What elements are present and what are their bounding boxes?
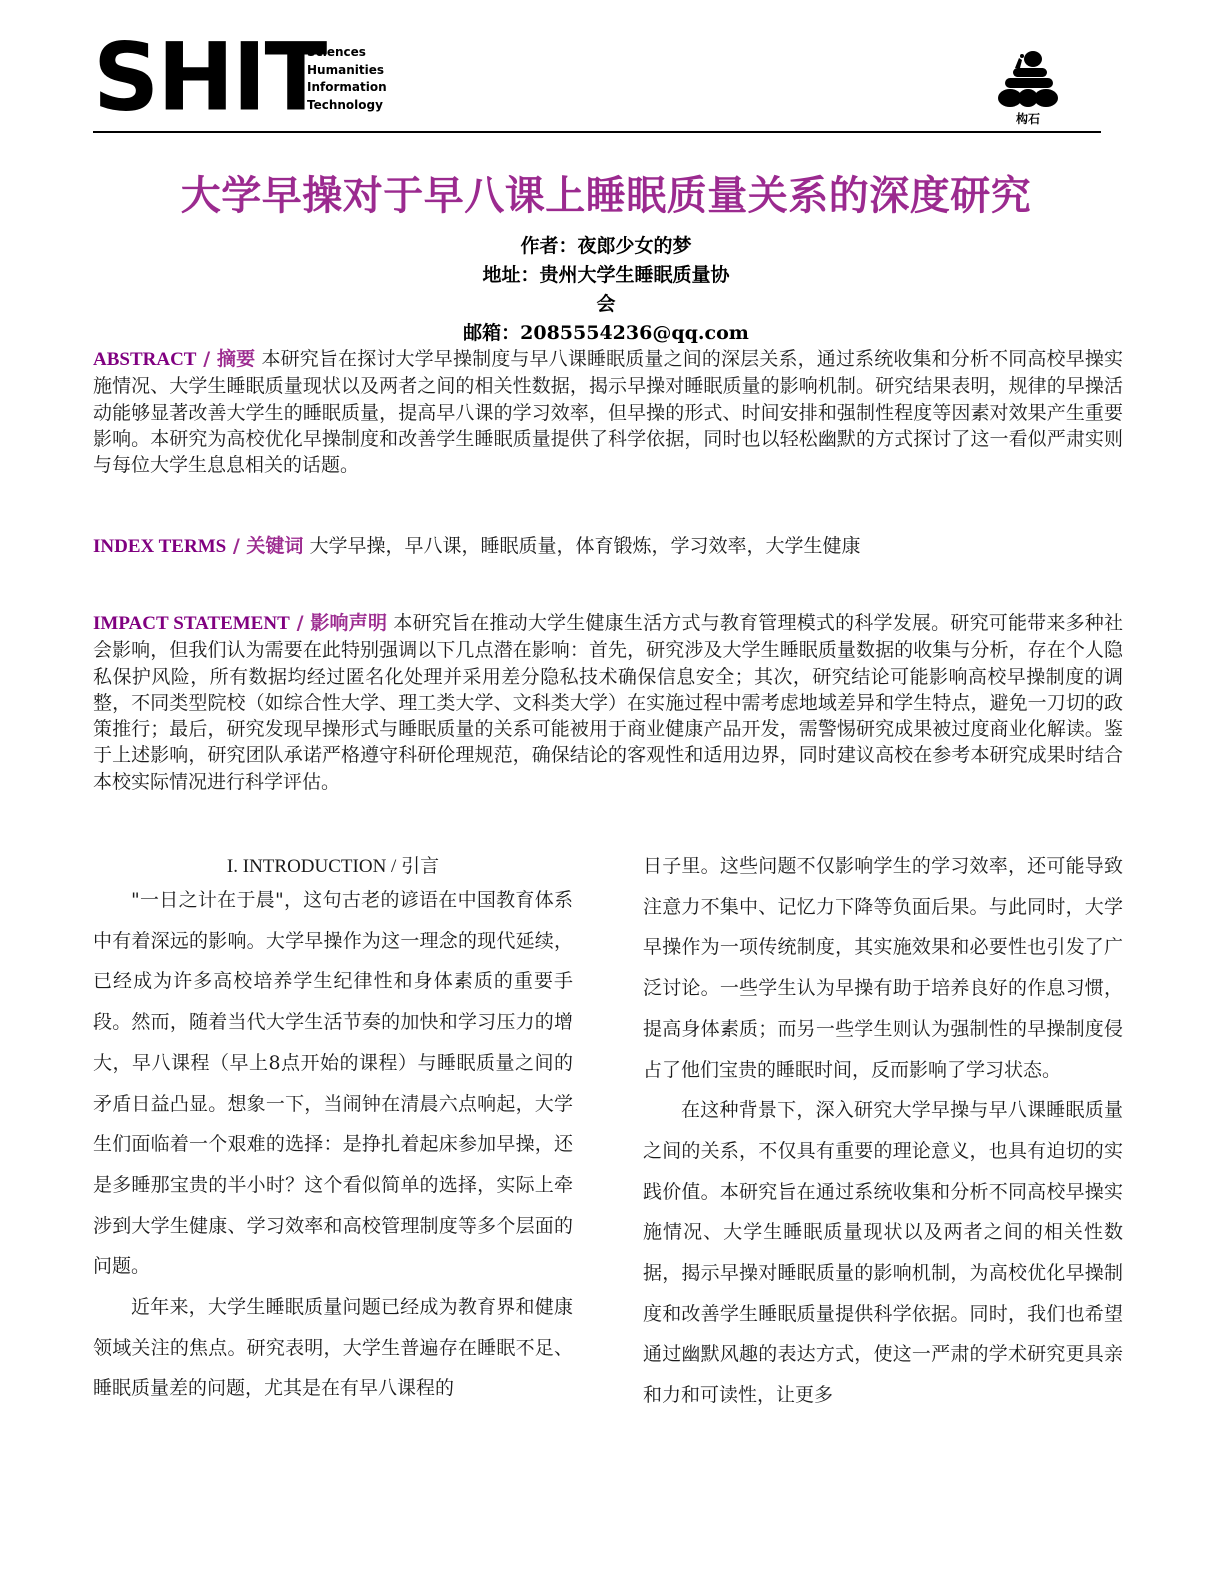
paper-title: 大学早操对于早八课上睡眠质量关系的深度研究 (0, 170, 1212, 222)
author-line: 作者：夜郎少女的梦 (0, 232, 1212, 260)
abstract-label: ABSTRACT (93, 349, 196, 370)
journal-logo-words: Sciences Humanities Information Technolo… (307, 44, 387, 114)
journal-logo: SHIT (93, 37, 325, 119)
logo-word: Humanities (307, 62, 387, 80)
impact-label-cn: / 影响声明 (290, 612, 387, 634)
abstract-section: ABSTRACT / 摘要 本研究旨在探讨大学早操制度与早八课睡眠质量之间的深层… (93, 346, 1123, 478)
stone-pile-icon (993, 46, 1063, 110)
address-line: 地址：贵州大学生睡眠质量协 (0, 261, 1212, 289)
logo-word: Technology (307, 97, 387, 115)
index-terms-section: INDEX TERMS / 关键词 大学早操，早八课，睡眠质量，体育锻炼，学习效… (93, 533, 1123, 560)
left-column: I. INTRODUCTION / 引言 "一日之计在于晨"，这句古老的谚语在中… (93, 852, 573, 1409)
emblem-label: 构石 (993, 110, 1063, 127)
body-paragraph: "一日之计在于晨"，这句古老的谚语在中国教育体系中有着深远的影响。大学早操作为这… (93, 880, 573, 1287)
right-column: 日子里。这些问题不仅影响学生的学习效率，还可能导致注意力不集中、记忆力下降等负面… (643, 846, 1123, 1416)
index-terms-label: INDEX TERMS (93, 536, 226, 557)
logo-word: Information (307, 79, 387, 97)
logo-word: Sciences (307, 44, 387, 62)
journal-header: SHIT Sciences Humanities Information Tec… (93, 38, 1101, 132)
address-line-continued: 会 (0, 290, 1212, 318)
body-paragraph: 近年来，大学生睡眠质量问题已经成为教育界和健康领域关注的焦点。研究表明，大学生普… (93, 1287, 573, 1409)
introduction-heading: I. INTRODUCTION / 引言 (93, 852, 573, 882)
impact-statement-section: IMPACT STATEMENT / 影响声明 本研究旨在推动大学生健康生活方式… (93, 610, 1123, 795)
index-terms-label-cn: / 关键词 (226, 535, 303, 557)
impact-text: 本研究旨在推动大学生健康生活方式与教育管理模式的科学发展。研究可能带来多种社会影… (93, 612, 1123, 793)
abstract-label-cn: / 摘要 (196, 348, 255, 370)
stone-pile-emblem: 构石 (993, 46, 1063, 126)
body-paragraph: 在这种背景下，深入研究大学早操与早八课睡眠质量之间的关系，不仅具有重要的理论意义… (643, 1090, 1123, 1416)
body-paragraph: 日子里。这些问题不仅影响学生的学习效率，还可能导致注意力不集中、记忆力下降等负面… (643, 846, 1123, 1090)
impact-label: IMPACT STATEMENT (93, 613, 290, 634)
index-terms-text: 大学早操，早八课，睡眠质量，体育锻炼，学习效率，大学生健康 (309, 535, 860, 557)
email-line: 邮箱：2085554236@qq.com (0, 319, 1212, 347)
header-divider (93, 131, 1101, 133)
